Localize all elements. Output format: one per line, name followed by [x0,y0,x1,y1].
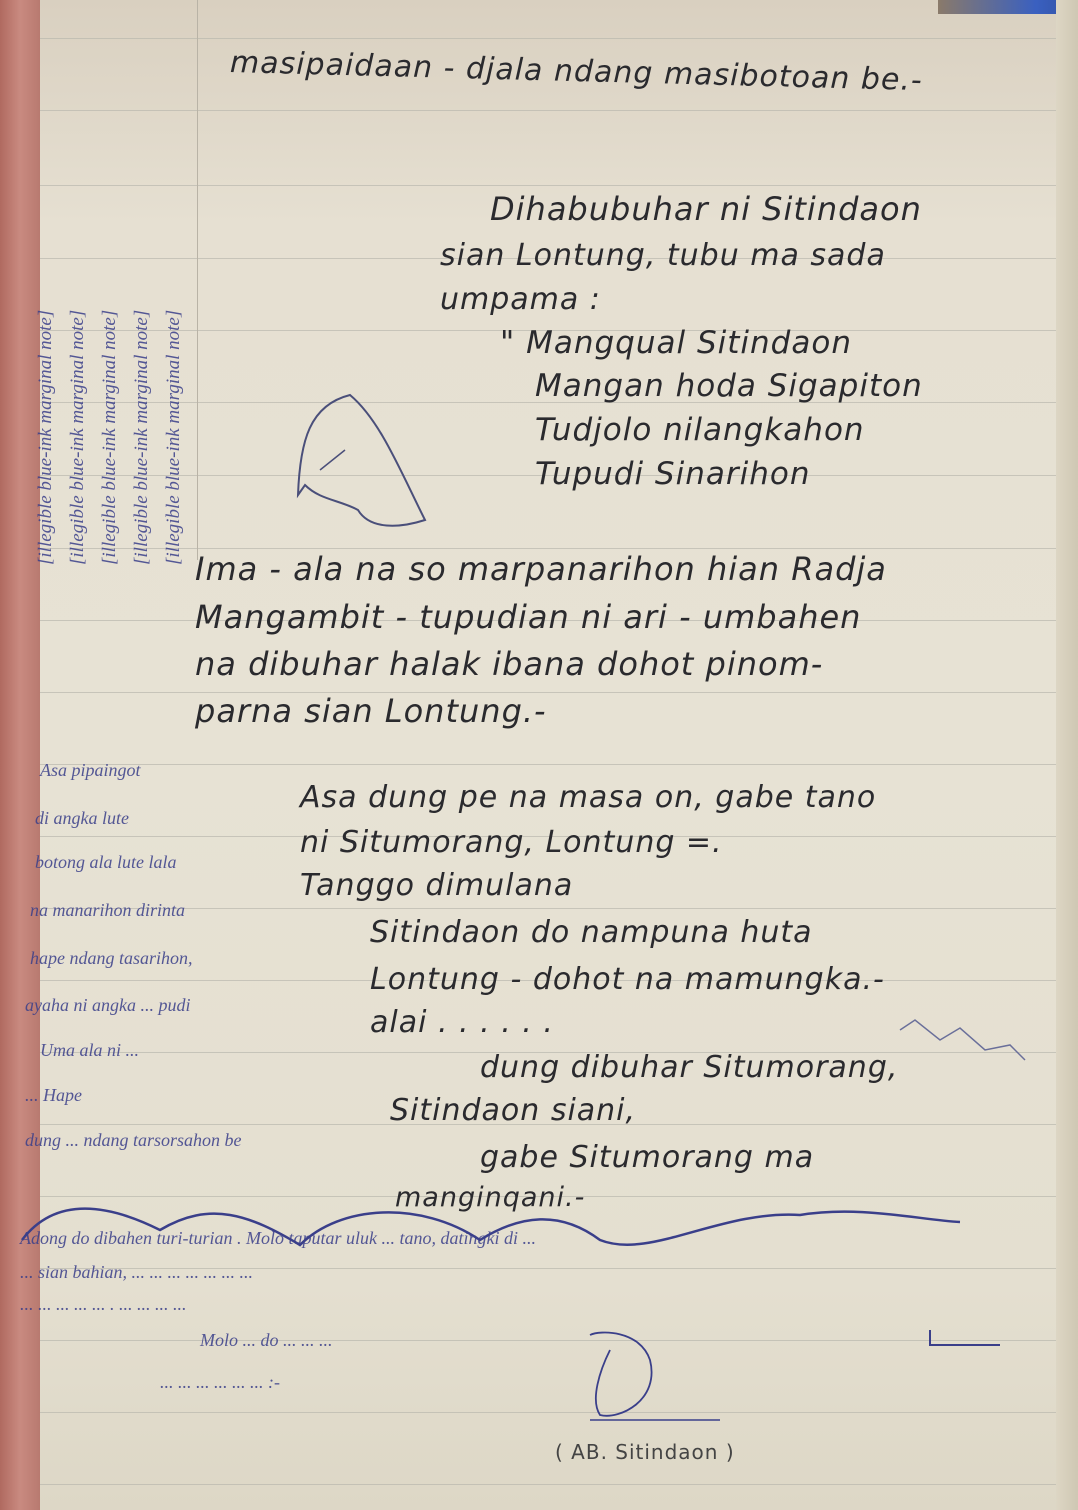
doodle-sketches [0,0,1078,1510]
notebook-page: masipaidaan - djala ndang masibotoan be.… [0,0,1078,1510]
